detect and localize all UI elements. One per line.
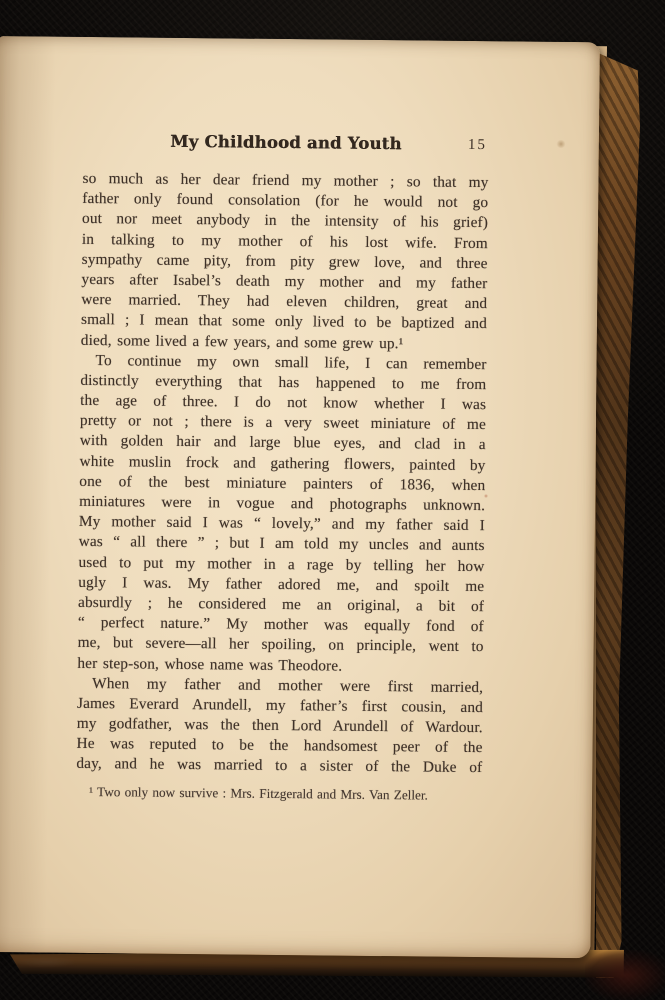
photo-scene: My Childhood and Youth 15 so much as her… bbox=[0, 0, 665, 1000]
book-page: My Childhood and Youth 15 so much as her… bbox=[0, 36, 600, 958]
paragraph: so much as her dear friend my mother ; s… bbox=[81, 169, 489, 355]
body-line: day, and he was married to a sister of t… bbox=[76, 754, 482, 778]
footnote: ¹ Two only now survive : Mrs. Fitzgerald… bbox=[76, 782, 482, 804]
page-content: My Childhood and Youth 15 so much as her… bbox=[76, 131, 489, 805]
page-speckle bbox=[484, 494, 488, 498]
cover-corner-shadow bbox=[585, 950, 665, 1000]
text-block: so much as her dear friend my mother ; s… bbox=[76, 169, 488, 779]
page-speckle bbox=[300, 420, 307, 426]
page-speckle bbox=[205, 263, 210, 268]
book-cover-edge bbox=[596, 52, 640, 978]
page-number: 15 bbox=[468, 137, 487, 154]
page-speckle bbox=[556, 140, 566, 148]
page-header: My Childhood and Youth 15 bbox=[83, 131, 489, 157]
paragraph: When my father and mother were first mar… bbox=[76, 674, 483, 779]
page-speckle bbox=[16, 956, 76, 968]
running-header-title: My Childhood and Youth bbox=[83, 131, 489, 154]
paragraph: To continue my own small life, I can rem… bbox=[77, 351, 486, 678]
